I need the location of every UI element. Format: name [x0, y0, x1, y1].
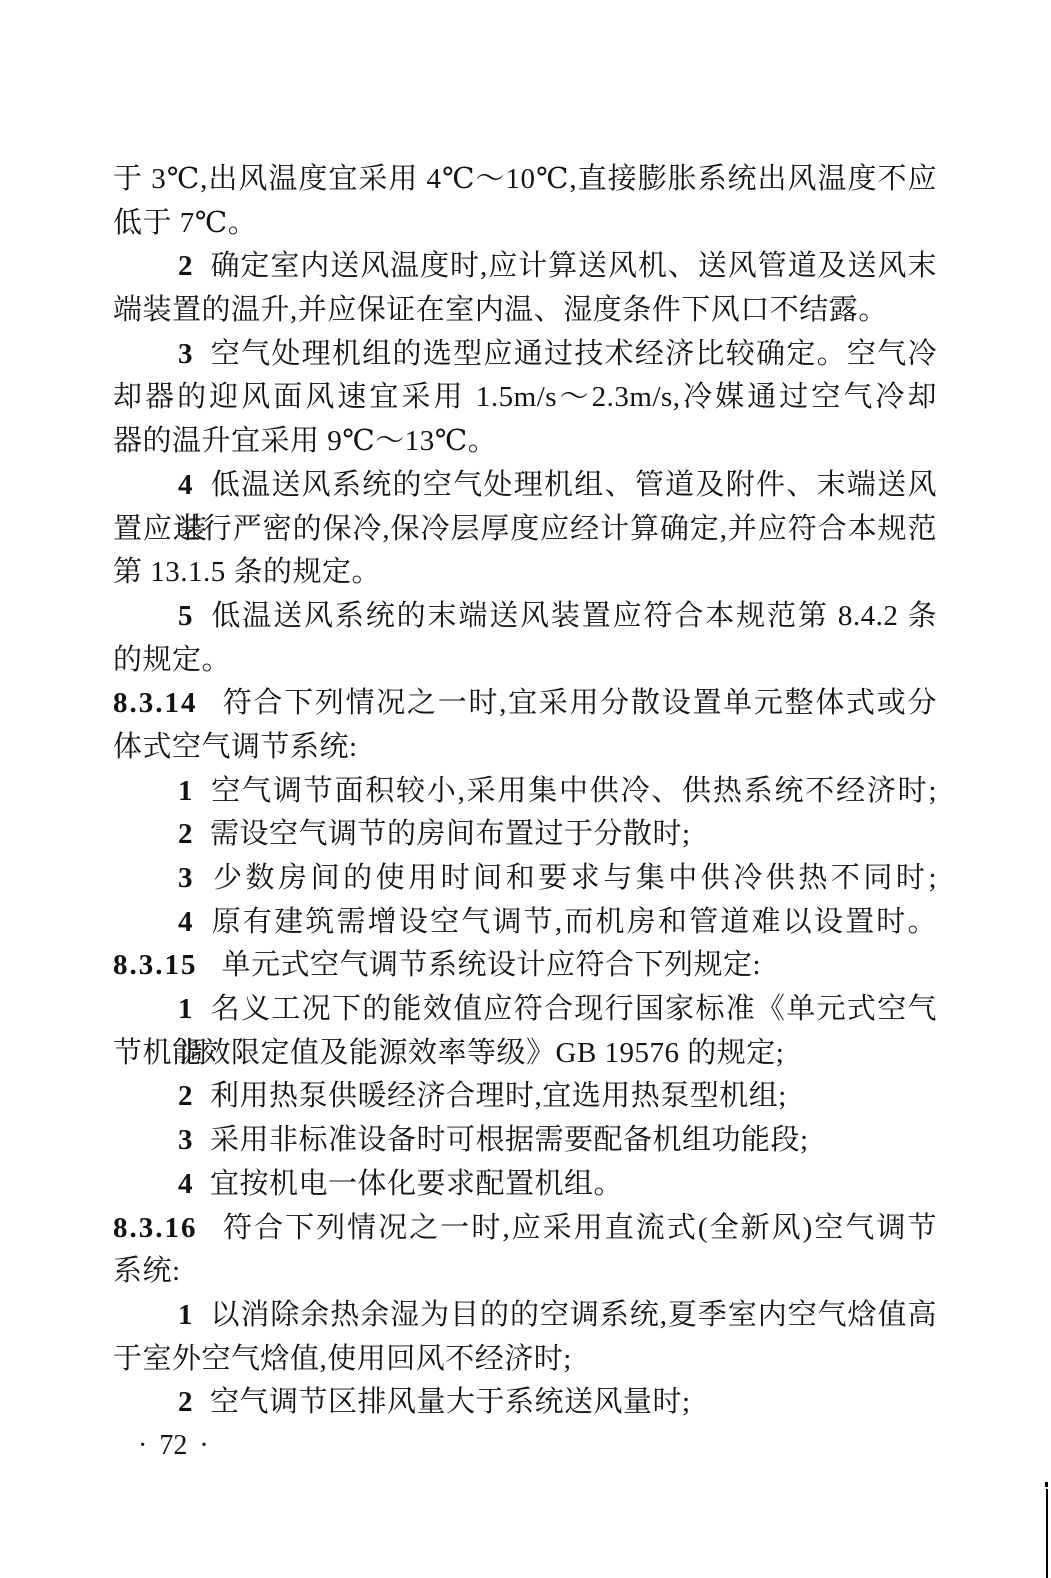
- scan-artifact-line: [1046, 1489, 1048, 1578]
- text-line: 的规定。: [113, 639, 937, 683]
- text-line: 器的温升宜采用 9℃～13℃。: [113, 420, 937, 464]
- text-line: 低于 7℃。: [113, 202, 937, 246]
- item-number: 3: [178, 862, 193, 894]
- text-line: 系统:: [113, 1250, 937, 1294]
- text-line: 却器的迎风面风速宜采用 1.5m/s～2.3m/s,冷媒通过空气冷却: [113, 376, 937, 420]
- item-text: 宜按机电一体化要求配置机组。: [210, 1168, 623, 1200]
- item-number: 1: [178, 1299, 193, 1331]
- text-line: 体式空气调节系统:: [113, 726, 937, 770]
- clause-item: 2需设空气调节的房间布置过于分散时;: [113, 813, 937, 857]
- text-line: 于室外空气焓值,使用回风不经济时;: [113, 1338, 937, 1382]
- item-text: 空气调节区排风量大于系统送风量时;: [210, 1386, 691, 1418]
- text-line: 于 3℃,出风温度宜采用 4℃～10℃,直接膨胀系统出风温度不应: [113, 158, 937, 202]
- item-text: 以消除余热余湿为目的的空调系统,夏季室内空气焓值高: [210, 1299, 937, 1331]
- item-number: 2: [178, 1080, 193, 1112]
- clause-item: 4宜按机电一体化要求配置机组。: [113, 1163, 937, 1207]
- clause-item: 2确定室内送风温度时,应计算送风机、送风管道及送风末: [113, 245, 937, 289]
- section-text: 单元式空气调节系统设计应符合下列规定:: [222, 949, 762, 981]
- item-text: 需设空气调节的房间布置过于分散时;: [210, 818, 691, 850]
- clause-item: 3采用非标准设备时可根据需要配备机组功能段;: [113, 1119, 937, 1163]
- item-number: 4: [178, 906, 193, 938]
- document-body: 于 3℃,出风温度宜采用 4℃～10℃,直接膨胀系统出风温度不应 低于 7℃。 …: [113, 158, 937, 1425]
- clause-item: 4低温送风系统的空气处理机组、管道及附件、末端送风装: [113, 464, 937, 508]
- item-number: 4: [178, 469, 193, 501]
- item-text: 采用非标准设备时可根据需要配备机组功能段;: [210, 1124, 809, 1156]
- section-text: 符合下列情况之一时,应采用直流式(全新风)空气调节: [222, 1212, 938, 1244]
- text-line: 节机能效限定值及能源效率等级》GB 19576 的规定;: [113, 1032, 937, 1076]
- item-text: 低温送风系统的末端送风装置应符合本规范第 8.4.2 条: [210, 600, 937, 632]
- scan-artifact-dot: [1045, 1482, 1048, 1487]
- text-line: 端装置的温升,并应保证在室内温、湿度条件下风口不结露。: [113, 289, 937, 333]
- item-number: 1: [178, 993, 193, 1025]
- clause-item: 5低温送风系统的末端送风装置应符合本规范第 8.4.2 条: [113, 595, 937, 639]
- item-number: 5: [178, 600, 193, 632]
- text-line: 第 13.1.5 条的规定。: [113, 551, 937, 595]
- clause-item: 4原有建筑需增设空气调节,而机房和管道难以设置时。: [113, 901, 937, 945]
- item-text: 利用热泵供暖经济合理时,宜选用热泵型机组;: [210, 1080, 787, 1112]
- clause-item: 1名义工况下的能效值应符合现行国家标准《单元式空气调: [113, 988, 937, 1032]
- text-line: 置应进行严密的保冷,保冷层厚度应经计算确定,并应符合本规范: [113, 508, 937, 552]
- clause-item: 3少数房间的使用时间和要求与集中供冷供热不同时;: [113, 857, 937, 901]
- section-heading-8-3-14: 8.3.14符合下列情况之一时,宜采用分散设置单元整体式或分: [113, 682, 937, 726]
- section-number: 8.3.16: [113, 1212, 198, 1244]
- item-number: 3: [178, 338, 193, 370]
- section-text: 符合下列情况之一时,宜采用分散设置单元整体式或分: [222, 687, 938, 719]
- item-number: 2: [178, 1386, 193, 1418]
- item-number: 1: [178, 775, 193, 807]
- section-number: 8.3.14: [113, 687, 198, 719]
- item-text: 原有建筑需增设空气调节,而机房和管道难以设置时。: [210, 906, 937, 938]
- document-page: 于 3℃,出风温度宜采用 4℃～10℃,直接膨胀系统出风温度不应 低于 7℃。 …: [0, 0, 1051, 1578]
- clause-item: 2利用热泵供暖经济合理时,宜选用热泵型机组;: [113, 1075, 937, 1119]
- item-number: 2: [178, 250, 193, 282]
- section-number: 8.3.15: [113, 949, 198, 981]
- item-text: 空气处理机组的选型应通过技术经济比较确定。空气冷: [210, 338, 937, 370]
- clause-item: 3空气处理机组的选型应通过技术经济比较确定。空气冷: [113, 333, 937, 377]
- clause-item: 1空气调节面积较小,采用集中供冷、供热系统不经济时;: [113, 770, 937, 814]
- page-number: · 72 ·: [138, 1429, 209, 1463]
- item-number: 4: [178, 1168, 193, 1200]
- item-number: 2: [178, 818, 193, 850]
- item-number: 3: [178, 1124, 193, 1156]
- section-heading-8-3-15: 8.3.15单元式空气调节系统设计应符合下列规定:: [113, 944, 937, 988]
- clause-item: 2空气调节区排风量大于系统送风量时;: [113, 1381, 937, 1425]
- section-heading-8-3-16: 8.3.16符合下列情况之一时,应采用直流式(全新风)空气调节: [113, 1207, 937, 1251]
- item-text: 少数房间的使用时间和要求与集中供冷供热不同时;: [210, 862, 937, 894]
- item-text: 空气调节面积较小,采用集中供冷、供热系统不经济时;: [210, 775, 937, 807]
- item-text: 确定室内送风温度时,应计算送风机、送风管道及送风末: [210, 250, 937, 282]
- clause-item: 1以消除余热余湿为目的的空调系统,夏季室内空气焓值高: [113, 1294, 937, 1338]
